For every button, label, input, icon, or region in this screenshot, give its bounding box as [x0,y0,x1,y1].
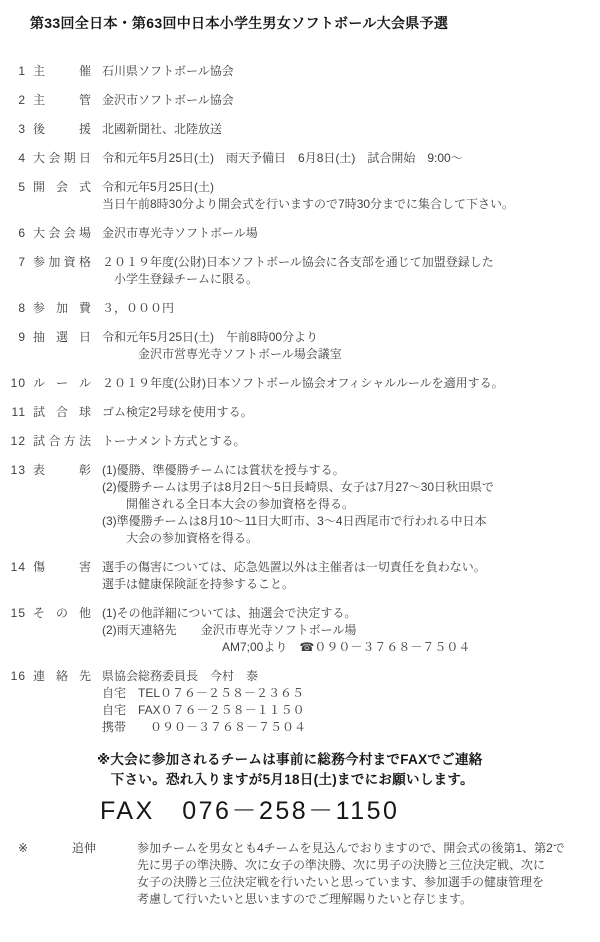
item-number: 3 [0,121,26,138]
doc-item-3: 3 後援 北國新聞社、北陸放送 [0,121,590,138]
item-content: トーナメント方式とする。 [102,433,590,450]
postscript-line: 先に男子の準決勝、次に女子の準決勝、次に男子の決勝と三位決定戦、次に [137,857,590,874]
item-line: ゴム検定2号球を使用する。 [102,404,590,421]
postscript-line: 女子の決勝と三位決定戦を行いたいと思っています、参加選手の健康管理を [137,874,590,891]
postscript: ※ 追伸 参加チームを男女とも4チームを見込んでおりますので、開会式の後第1、第… [0,840,590,908]
item-label: 後援 [33,121,91,138]
item-line: 令和元年5月25日(土) 雨天予備日 6月8日(土) 試合開始 9:00～ [102,150,590,167]
doc-item-1: 1 主催 石川県ソフトボール協会 [0,63,590,80]
item-line: 県協会総務委員長 今村 泰 [102,668,590,685]
document-page: 第33回全日本・第63回中日本小学生男女ソフトボール大会県予選 1 主催 石川県… [0,0,600,942]
item-content: 金沢市ソフトボール協会 [102,92,590,109]
fax-notice: ※大会に参加されるチームは事前に総務今村までFAXでご連絡 下さい。恐れ入ります… [97,750,590,790]
postscript-line: 参加チームを男女とも4チームを見込んでおりますので、開会式の後第1、第2で [137,840,590,857]
doc-item-5: 5 開会式 令和元年5月25日(土) 当日午前8時30分より開会式を行いますので… [0,179,590,213]
item-content: ゴム検定2号球を使用する。 [102,404,590,421]
doc-item-4: 4 大会期日 令和元年5月25日(土) 雨天予備日 6月8日(土) 試合開始 9… [0,150,590,167]
item-number: 5 [0,179,26,213]
item-number: 1 [0,63,26,80]
item-number: 10 [0,375,26,392]
doc-item-10: 10 ルール ２０１９年度(公財)日本ソフトボール協会オフィシャルルールを適用す… [0,375,590,392]
page-title: 第33回全日本・第63回中日本小学生男女ソフトボール大会県予選 [30,14,590,33]
item-line: 選手は健康保険証を持参すること。 [102,576,590,593]
postscript-content: 参加チームを男女とも4チームを見込んでおりますので、開会式の後第1、第2で 先に… [137,840,590,908]
item-line: (1)その他詳細については、抽選会で決定する。 [102,605,590,622]
item-label: 傷害 [33,559,91,593]
postscript-marker: ※ [18,840,72,908]
doc-item-15: 15 その他 (1)その他詳細については、抽選会で決定する。 (2)雨天連絡先 … [0,605,590,656]
fax-notice-line: 下さい。恐れ入りますが5月18日(土)までにお願いします。 [97,770,590,790]
doc-item-16: 16 連絡先 県協会総務委員長 今村 泰 自宅 TEL０７６－２５８－２３６５ … [0,668,590,736]
item-content: 石川県ソフトボール協会 [102,63,590,80]
item-line: トーナメント方式とする。 [102,433,590,450]
doc-item-14: 14 傷害 選手の傷害については、応急処置以外は主催者は一切責任を負わない。 選… [0,559,590,593]
items-list: 1 主催 石川県ソフトボール協会 2 主管 金沢市ソフトボール協会 3 後援 北… [0,63,590,736]
item-content: (1)優勝、準優勝チームには賞状を授与する。 (2)優勝チームは男子は8月2日～… [102,462,590,547]
item-label: 参加費 [33,300,91,317]
item-number: 15 [0,605,26,656]
item-line: 金沢市ソフトボール協会 [102,92,590,109]
item-line: 令和元年5月25日(土) [102,179,590,196]
doc-item-2: 2 主管 金沢市ソフトボール協会 [0,92,590,109]
postscript-label: 追伸 [72,840,137,908]
rain-contact-line: AM7;00より ☎０９０－３７６８－７５０４ [102,639,590,656]
item-number: 4 [0,150,26,167]
item-line: (2)雨天連絡先 金沢市専光寺ソフトボール場 [102,622,590,639]
item-number: 12 [0,433,26,450]
item-line: 携帯 ０９０－３７６８－７５０４ [102,719,590,736]
item-label: 開会式 [33,179,91,213]
item-label: 参加資格 [33,254,91,288]
item-number: 7 [0,254,26,288]
item-content: 北國新聞社、北陸放送 [102,121,590,138]
item-content: ２０１９年度(公財)日本ソフトボール協会に各支部を通じて加盟登録した 小学生登録… [102,254,590,288]
item-number: 8 [0,300,26,317]
item-content: 金沢市専光寺ソフトボール場 [102,225,590,242]
item-line: 当日午前8時30分より開会式を行いますので7時30分までに集合して下さい。 [102,196,590,213]
item-number: 16 [0,668,26,736]
item-content: (1)その他詳細については、抽選会で決定する。 (2)雨天連絡先 金沢市専光寺ソ… [102,605,590,656]
item-content: ２０１９年度(公財)日本ソフトボール協会オフィシャルルールを適用する。 [102,375,590,392]
doc-item-12: 12 試合方法 トーナメント方式とする。 [0,433,590,450]
item-line: 小学生登録チームに限る。 [102,271,590,288]
item-label: 連絡先 [33,668,91,736]
doc-item-8: 8 参加費 ３，０００円 [0,300,590,317]
item-label: 試合球 [33,404,91,421]
item-label: 表彰 [33,462,91,547]
item-line: 自宅 TEL０７６－２５８－２３６５ [102,685,590,702]
doc-item-7: 7 参加資格 ２０１９年度(公財)日本ソフトボール協会に各支部を通じて加盟登録し… [0,254,590,288]
postscript-line: 考慮して行いたいと思いますのでご理解賜りたいと存じます。 [137,891,590,908]
item-number: 11 [0,404,26,421]
item-label: 主催 [33,63,91,80]
item-label: 大会期日 [33,150,91,167]
fax-number-display: FAX 076－258－1150 [100,796,590,826]
item-label: ルール [33,375,91,392]
item-number: 6 [0,225,26,242]
item-line: (3)準優勝チームは8月10～11日大町市、3～4日西尾市で行われる中日本 [102,513,590,530]
item-line: 石川県ソフトボール協会 [102,63,590,80]
item-line: 選手の傷害については、応急処置以外は主催者は一切責任を負わない。 [102,559,590,576]
contact-time: AM7;00より [102,640,299,654]
item-content: 県協会総務委員長 今村 泰 自宅 TEL０７６－２５８－２３６５ 自宅 FAX０… [102,668,590,736]
item-content: 令和元年5月25日(土) 午前8時00分より 金沢市営専光寺ソフトボール場会議室 [102,329,590,363]
item-line: 金沢市営専光寺ソフトボール場会議室 [102,346,590,363]
item-line: (1)優勝、準優勝チームには賞状を授与する。 [102,462,590,479]
item-number: 13 [0,462,26,547]
item-line: 金沢市専光寺ソフトボール場 [102,225,590,242]
fax-notice-line: ※大会に参加されるチームは事前に総務今村までFAXでご連絡 [97,750,590,770]
item-line: 自宅 FAX０７６－２５８－１１５０ [102,702,590,719]
item-line: ２０１９年度(公財)日本ソフトボール協会に各支部を通じて加盟登録した [102,254,590,271]
item-line: 令和元年5月25日(土) 午前8時00分より [102,329,590,346]
doc-item-9: 9 抽選日 令和元年5月25日(土) 午前8時00分より 金沢市営専光寺ソフトボ… [0,329,590,363]
item-content: 選手の傷害については、応急処置以外は主催者は一切責任を負わない。 選手は健康保険… [102,559,590,593]
item-number: 9 [0,329,26,363]
item-line: 北國新聞社、北陸放送 [102,121,590,138]
doc-item-11: 11 試合球 ゴム検定2号球を使用する。 [0,404,590,421]
item-content: ３，０００円 [102,300,590,317]
item-number: 14 [0,559,26,593]
item-line: 大会の参加資格を得る。 [102,530,590,547]
item-line: (2)優勝チームは男子は8月2日～5日長崎県、女子は7月27～30日秋田県で [102,479,590,496]
item-number: 2 [0,92,26,109]
contact-phone-number: ０９０－３７６８－７５０４ [314,640,470,654]
item-content: 令和元年5月25日(土) 雨天予備日 6月8日(土) 試合開始 9:00～ [102,150,590,167]
doc-item-13: 13 表彰 (1)優勝、準優勝チームには賞状を授与する。 (2)優勝チームは男子… [0,462,590,547]
item-line: 開催される全日本大会の参加資格を得る。 [102,496,590,513]
phone-icon: ☎ [299,640,314,654]
item-label: 試合方法 [33,433,91,450]
item-line: ３，０００円 [102,300,590,317]
item-label: その他 [33,605,91,656]
item-line: ２０１９年度(公財)日本ソフトボール協会オフィシャルルールを適用する。 [102,375,590,392]
item-label: 大会会場 [33,225,91,242]
item-label: 主管 [33,92,91,109]
item-label: 抽選日 [33,329,91,363]
item-content: 令和元年5月25日(土) 当日午前8時30分より開会式を行いますので7時30分ま… [102,179,590,213]
doc-item-6: 6 大会会場 金沢市専光寺ソフトボール場 [0,225,590,242]
